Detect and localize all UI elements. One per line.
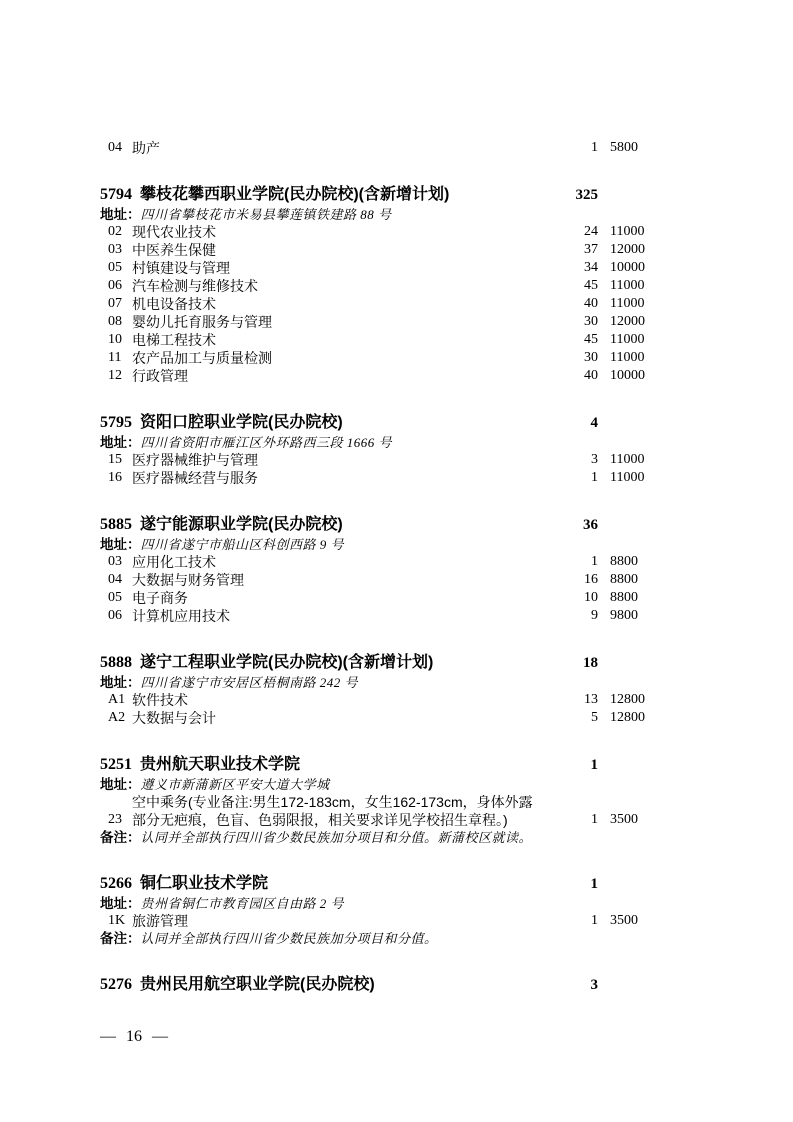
- program-plan-count: 13: [548, 691, 598, 709]
- program-plan-count: 30: [548, 349, 598, 367]
- school-name: 贵州航天职业技术学院: [140, 754, 300, 776]
- program-plan-count: 3: [548, 451, 598, 469]
- school-total-count: 36: [583, 514, 598, 536]
- school-section: 5885 遂宁能源职业学院(民办院校) 36 地址： 四川省遂宁市船山区科创西路…: [100, 514, 650, 625]
- address-text: 四川省遂宁市安居区梧桐南路 242 号: [141, 674, 359, 691]
- program-row: 04 大数据与财务管理 16 8800: [100, 571, 650, 589]
- page-content: 04 助产 1 5800 5794 攀枝花攀西职业学院(民办院校)(含新增计划)…: [100, 139, 650, 996]
- program-tuition-fee: 9800: [610, 607, 650, 625]
- program-row: 12 行政管理 40 10000: [100, 367, 650, 385]
- program-code: 08: [108, 313, 132, 331]
- address-line: 地址： 四川省遂宁市安居区梧桐南路 242 号: [100, 674, 650, 691]
- program-tuition-fee: 10000: [610, 367, 650, 385]
- program-name: 应用化工技术: [132, 553, 216, 571]
- program-row: 15 医疗器械维护与管理 3 11000: [100, 451, 650, 469]
- address-text: 四川省攀枝花市米易县攀莲镇铁建路 88 号: [141, 206, 392, 223]
- program-tuition-fee: 11000: [610, 469, 650, 487]
- school-code: 5251: [100, 754, 132, 776]
- school-code: 5276: [100, 974, 132, 996]
- program-plan-count: 1: [548, 553, 598, 571]
- address-label: 地址：: [100, 776, 141, 793]
- address-text: 四川省遂宁市船山区科创西路 9 号: [141, 536, 345, 553]
- program-code: 1K: [108, 912, 132, 930]
- program-tuition-fee: 5800: [610, 139, 650, 157]
- address-label: 地址：: [100, 536, 141, 553]
- page-number: — 16 —: [100, 1027, 168, 1047]
- program-tuition-fee: 11000: [610, 223, 650, 241]
- school-code: 5795: [100, 412, 132, 434]
- program-row: 10 电梯工程技术 45 11000: [100, 331, 650, 349]
- program-plan-count: 30: [548, 313, 598, 331]
- program-tuition-fee: 3500: [610, 912, 650, 930]
- program-name: 计算机应用技术: [132, 607, 230, 625]
- program-row: 05 村镇建设与管理 34 10000: [100, 259, 650, 277]
- program-name: 电子商务: [132, 589, 188, 607]
- program-plan-count: 1: [548, 469, 598, 487]
- program-plan-count: 24: [548, 223, 598, 241]
- note-label: 备注：: [100, 930, 141, 947]
- program-plan-count: 5: [548, 709, 598, 727]
- school-header: 5885 遂宁能源职业学院(民办院校) 36: [100, 514, 650, 536]
- program-name: 婴幼儿托育服务与管理: [132, 313, 272, 331]
- program-name: 中医养生保健: [132, 241, 216, 259]
- program-plan-count: 9: [548, 607, 598, 625]
- address-text: 贵州省铜仁市教育园区自由路 2 号: [141, 895, 345, 912]
- program-tuition-fee: 12800: [610, 709, 650, 727]
- program-tuition-fee: 11000: [610, 349, 650, 367]
- school-total-count: 4: [591, 412, 599, 434]
- address-label: 地址：: [100, 895, 141, 912]
- document-page: 04 助产 1 5800 5794 攀枝花攀西职业学院(民办院校)(含新增计划)…: [0, 0, 793, 1122]
- program-row: 06 计算机应用技术 9 9800: [100, 607, 650, 625]
- school-name: 遂宁能源职业学院(民办院校): [140, 514, 343, 536]
- school-name: 贵州民用航空职业学院(民办院校): [140, 974, 375, 996]
- program-row: 03 应用化工技术 1 8800: [100, 553, 650, 571]
- program-row: 23 空中乘务(专业备注:男生172-183cm，女生162-173cm，身体外…: [100, 793, 650, 829]
- note-line: 备注： 认同并全部执行四川省少数民族加分项目和分值。新蒲校区就读。: [100, 829, 650, 846]
- program-code: A1: [108, 691, 132, 709]
- note-line: 备注： 认同并全部执行四川省少数民族加分项目和分值。: [100, 930, 650, 947]
- program-name: 大数据与财务管理: [132, 571, 244, 589]
- program-name: 医疗器械维护与管理: [132, 451, 258, 469]
- school-name: 遂宁工程职业学院(民办院校)(含新增计划): [140, 652, 433, 674]
- school-header: 5276 贵州民用航空职业学院(民办院校) 3: [100, 974, 650, 996]
- program-code: 15: [108, 451, 132, 469]
- program-row: A1 软件技术 13 12800: [100, 691, 650, 709]
- program-row: A2 大数据与会计 5 12800: [100, 709, 650, 727]
- school-section: 5251 贵州航天职业技术学院 1 地址： 遵义市新蒲新区平安大道大学城 23 …: [100, 754, 650, 846]
- program-name: 现代农业技术: [132, 223, 216, 241]
- program-code: 04: [108, 139, 132, 157]
- address-line: 地址： 四川省资阳市雁江区外环路西三段 1666 号: [100, 434, 650, 451]
- school-total-count: 1: [591, 873, 599, 895]
- program-name: 村镇建设与管理: [132, 259, 230, 277]
- address-line: 地址： 四川省遂宁市船山区科创西路 9 号: [100, 536, 650, 553]
- school-section: 5795 资阳口腔职业学院(民办院校) 4 地址： 四川省资阳市雁江区外环路西三…: [100, 412, 650, 487]
- program-code: 06: [108, 607, 132, 625]
- program-tuition-fee: 10000: [610, 259, 650, 277]
- program-row: 02 现代农业技术 24 11000: [100, 223, 650, 241]
- school-name: 攀枝花攀西职业学院(民办院校)(含新增计划): [140, 184, 449, 206]
- program-code: 11: [108, 349, 132, 367]
- program-plan-count: 45: [548, 331, 598, 349]
- school-header: 5795 资阳口腔职业学院(民办院校) 4: [100, 412, 650, 434]
- program-row: 16 医疗器械经营与服务 1 11000: [100, 469, 650, 487]
- program-tuition-fee: 8800: [610, 553, 650, 571]
- program-name: 软件技术: [132, 691, 188, 709]
- program-name: 电梯工程技术: [132, 331, 216, 349]
- program-code: 03: [108, 553, 132, 571]
- school-code: 5885: [100, 514, 132, 536]
- note-text: 认同并全部执行四川省少数民族加分项目和分值。: [141, 930, 438, 947]
- program-name: 空中乘务(专业备注:男生172-183cm，女生162-173cm，身体外露部分…: [132, 793, 544, 829]
- school-header: 5266 铜仁职业技术学院 1: [100, 873, 650, 895]
- program-name: 农产品加工与质量检测: [132, 349, 272, 367]
- program-row: 04 助产 1 5800: [100, 139, 650, 157]
- program-plan-count: 10: [548, 589, 598, 607]
- program-tuition-fee: 11000: [610, 295, 650, 313]
- program-code: 02: [108, 223, 132, 241]
- school-name: 铜仁职业技术学院: [140, 873, 268, 895]
- program-name: 机电设备技术: [132, 295, 216, 313]
- note-text: 认同并全部执行四川省少数民族加分项目和分值。新蒲校区就读。: [141, 829, 533, 846]
- program-plan-count: 1: [548, 912, 598, 930]
- address-line: 地址： 遵义市新蒲新区平安大道大学城: [100, 776, 650, 793]
- program-name: 汽车检测与维修技术: [132, 277, 258, 295]
- program-plan-count: 16: [548, 571, 598, 589]
- program-code: 07: [108, 295, 132, 313]
- school-name: 资阳口腔职业学院(民办院校): [140, 412, 343, 434]
- program-row: 06 汽车检测与维修技术 45 11000: [100, 277, 650, 295]
- school-section: 5266 铜仁职业技术学院 1 地址： 贵州省铜仁市教育园区自由路 2 号 1K…: [100, 873, 650, 947]
- school-total-count: 18: [583, 652, 598, 674]
- program-code: 10: [108, 331, 132, 349]
- program-row: 03 中医养生保健 37 12000: [100, 241, 650, 259]
- program-code: 16: [108, 469, 132, 487]
- school-total-count: 1: [591, 754, 599, 776]
- school-header: 5794 攀枝花攀西职业学院(民办院校)(含新增计划) 325: [100, 184, 650, 206]
- program-code: 06: [108, 277, 132, 295]
- program-code: 23: [108, 811, 132, 829]
- program-row: 11 农产品加工与质量检测 30 11000: [100, 349, 650, 367]
- program-name: 大数据与会计: [132, 709, 216, 727]
- program-plan-count: 34: [548, 259, 598, 277]
- program-plan-count: 40: [548, 367, 598, 385]
- program-row: 1K 旅游管理 1 3500: [100, 912, 650, 930]
- program-name: 医疗器械经营与服务: [132, 469, 258, 487]
- program-row: 08 婴幼儿托育服务与管理 30 12000: [100, 313, 650, 331]
- address-label: 地址：: [100, 434, 141, 451]
- program-code: 05: [108, 259, 132, 277]
- school-section: 5794 攀枝花攀西职业学院(民办院校)(含新增计划) 325 地址： 四川省攀…: [100, 184, 650, 385]
- program-tuition-fee: 11000: [610, 451, 650, 469]
- school-code: 5888: [100, 652, 132, 674]
- program-tuition-fee: 3500: [610, 811, 650, 829]
- address-label: 地址：: [100, 206, 141, 223]
- program-code: 05: [108, 589, 132, 607]
- school-code: 5266: [100, 873, 132, 895]
- school-header: 5251 贵州航天职业技术学院 1: [100, 754, 650, 776]
- program-plan-count: 1: [548, 811, 598, 829]
- program-tuition-fee: 12800: [610, 691, 650, 709]
- address-text: 遵义市新蒲新区平安大道大学城: [141, 776, 330, 793]
- address-line: 地址： 四川省攀枝花市米易县攀莲镇铁建路 88 号: [100, 206, 650, 223]
- program-tuition-fee: 11000: [610, 277, 650, 295]
- address-text: 四川省资阳市雁江区外环路西三段 1666 号: [141, 434, 393, 451]
- school-code: 5794: [100, 184, 132, 206]
- program-row: 07 机电设备技术 40 11000: [100, 295, 650, 313]
- program-code: 03: [108, 241, 132, 259]
- program-name: 旅游管理: [132, 912, 188, 930]
- school-total-count: 3: [591, 974, 599, 996]
- program-plan-count: 1: [548, 139, 598, 157]
- program-code: A2: [108, 709, 132, 727]
- program-name: 助产: [132, 139, 160, 157]
- program-plan-count: 37: [548, 241, 598, 259]
- address-line: 地址： 贵州省铜仁市教育园区自由路 2 号: [100, 895, 650, 912]
- program-plan-count: 40: [548, 295, 598, 313]
- school-total-count: 325: [576, 184, 599, 206]
- program-code: 12: [108, 367, 132, 385]
- program-name: 行政管理: [132, 367, 188, 385]
- program-row: 05 电子商务 10 8800: [100, 589, 650, 607]
- school-section: 5276 贵州民用航空职业学院(民办院校) 3: [100, 974, 650, 996]
- school-header: 5888 遂宁工程职业学院(民办院校)(含新增计划) 18: [100, 652, 650, 674]
- program-tuition-fee: 8800: [610, 571, 650, 589]
- program-tuition-fee: 8800: [610, 589, 650, 607]
- program-plan-count: 45: [548, 277, 598, 295]
- program-code: 04: [108, 571, 132, 589]
- program-tuition-fee: 11000: [610, 331, 650, 349]
- address-label: 地址：: [100, 674, 141, 691]
- program-tuition-fee: 12000: [610, 241, 650, 259]
- program-tuition-fee: 12000: [610, 313, 650, 331]
- school-section: 5888 遂宁工程职业学院(民办院校)(含新增计划) 18 地址： 四川省遂宁市…: [100, 652, 650, 727]
- note-label: 备注：: [100, 829, 141, 846]
